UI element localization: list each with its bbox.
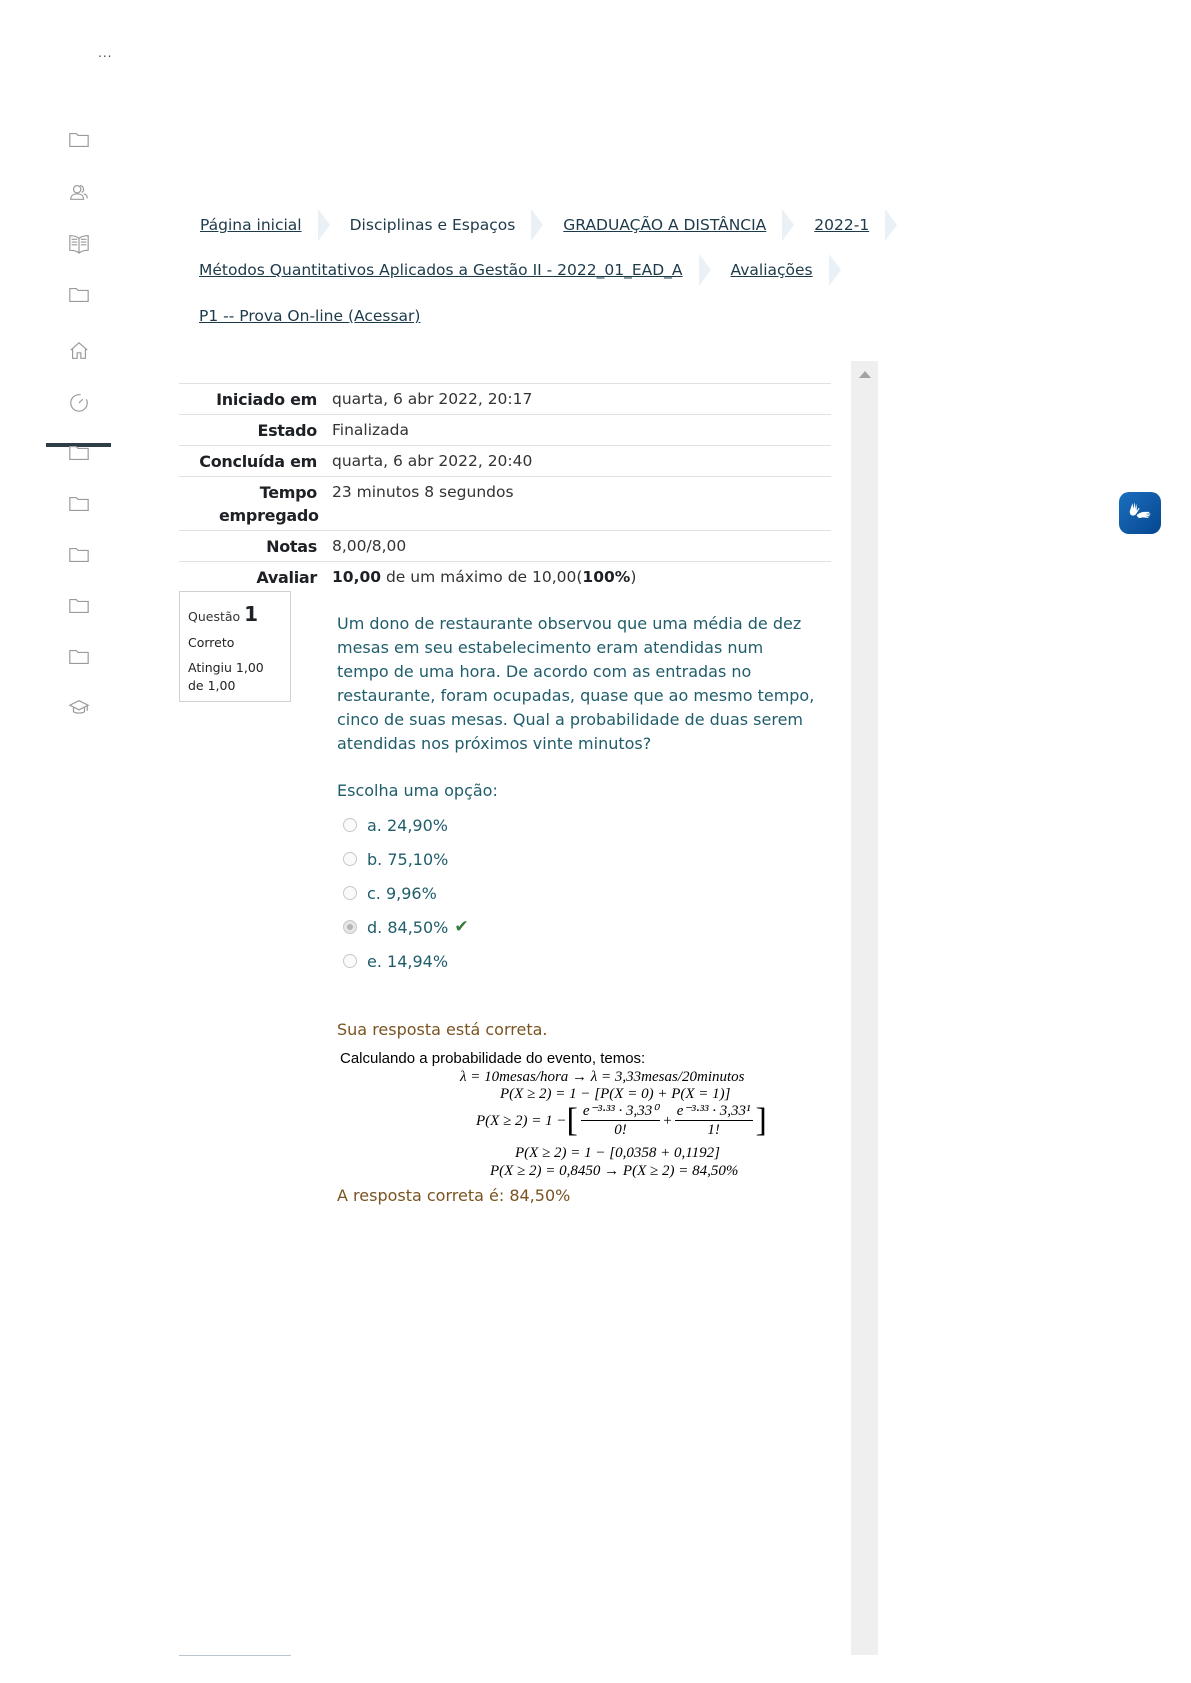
question-info-box: Questão 1 Correto Atingiu 1,00 de 1,00	[179, 591, 291, 702]
option-label: c. 9,96%	[367, 884, 437, 903]
accessibility-button[interactable]	[1119, 492, 1161, 534]
nav-item-folder-7[interactable]	[46, 637, 111, 677]
answer-prompt: Escolha uma opção:	[337, 781, 498, 800]
summary-value: 10,00 de um máximo de 10,00(100%)	[332, 566, 831, 589]
radio-e[interactable]	[343, 954, 357, 968]
nav-item-folder-6[interactable]	[46, 586, 111, 626]
formula-values: P(X ≥ 2) = 1 − [0,0358 + 0,1192]	[515, 1144, 720, 1162]
folder-icon	[68, 284, 90, 306]
formula-poisson: P(X ≥ 2) = 1 − [ e⁻³·³³ · 3,33⁰0! + e⁻³·…	[476, 1102, 767, 1139]
dashboard-icon	[68, 391, 90, 413]
home-icon	[68, 340, 90, 362]
answer-option-b[interactable]: b. 75,10%	[343, 842, 469, 876]
answer-option-a[interactable]: a. 24,90%	[343, 808, 469, 842]
fraction-numerator: e⁻³·³³ · 3,33⁰	[581, 1102, 660, 1121]
answer-options: a. 24,90% b. 75,10% c. 9,96% d. 84,50%✔ …	[343, 808, 469, 978]
general-feedback-explanation: Calculando a probabilidade do evento, te…	[340, 1050, 840, 1067]
nav-item-folder-1[interactable]	[46, 120, 111, 160]
question-state: Correto	[188, 635, 282, 650]
sign-language-hands-icon	[1127, 500, 1153, 526]
attempt-summary-table: Iniciado em quarta, 6 abr 2022, 20:17 Es…	[179, 383, 831, 592]
nav-item-folder-4[interactable]	[46, 484, 111, 524]
breadcrumb-course[interactable]: Métodos Quantitativos Aplicados a Gestão…	[199, 261, 683, 279]
nav-item-folder-3[interactable]	[46, 433, 111, 473]
radio-d[interactable]	[343, 920, 357, 934]
summary-label: Notas	[179, 535, 332, 558]
question-grade: Atingiu 1,00 de 1,00	[188, 659, 282, 695]
question-number-label: Questão	[188, 609, 240, 624]
summary-label: Concluída em	[179, 450, 332, 473]
chevron-right-icon	[885, 209, 899, 241]
chevron-right-icon	[782, 209, 796, 241]
folder-icon	[68, 544, 90, 566]
correct-answer-text: A resposta correta é: 84,50%	[337, 1186, 570, 1205]
folder-icon	[68, 493, 90, 515]
summary-value: 8,00/8,00	[332, 535, 831, 558]
grade-end: )	[630, 568, 636, 586]
breadcrumb-avaliacoes[interactable]: Avaliações	[731, 261, 813, 279]
breadcrumb-2022-1[interactable]: 2022-1	[814, 216, 869, 234]
scrollbar[interactable]	[851, 361, 878, 1655]
nav-item-folder-2[interactable]	[46, 275, 111, 315]
answer-option-c[interactable]: c. 9,96%	[343, 876, 469, 910]
radio-b[interactable]	[343, 852, 357, 866]
nav-item-grades[interactable]	[46, 223, 111, 263]
summary-value: quarta, 6 abr 2022, 20:40	[332, 450, 831, 473]
folder-icon	[68, 129, 90, 151]
summary-row-marks: Notas 8,00/8,00	[179, 530, 831, 561]
question-number: 1	[244, 602, 258, 626]
nav-item-home[interactable]	[46, 331, 111, 371]
summary-label: Tempo empregado	[179, 481, 332, 527]
grade-percent: 100%	[582, 568, 630, 586]
bracket-close: ]	[756, 1104, 767, 1138]
summary-label: Avaliar	[179, 566, 332, 589]
answer-option-e[interactable]: e. 14,94%	[343, 944, 469, 978]
fraction-numerator: e⁻³·³³ · 3,33¹	[675, 1102, 753, 1121]
summary-row-completed: Concluída em quarta, 6 abr 2022, 20:40	[179, 445, 831, 476]
specific-feedback: Sua resposta está correta.	[337, 1020, 548, 1039]
summary-row-state: Estado Finalizada	[179, 414, 831, 445]
summary-label: Iniciado em	[179, 388, 332, 411]
check-icon: ✔	[454, 917, 468, 937]
divider	[179, 1655, 291, 1656]
chevron-right-icon	[531, 209, 545, 241]
summary-value: Finalizada	[332, 419, 831, 442]
breadcrumb-quiz[interactable]: P1 -- Prova On-line (Acessar)	[199, 307, 420, 325]
radio-c[interactable]	[343, 886, 357, 900]
formula-complement: P(X ≥ 2) = 1 − [P(X = 0) + P(X = 1)]	[500, 1085, 730, 1103]
chevron-right-icon	[318, 209, 332, 241]
fraction-denominator: 1!	[707, 1121, 720, 1139]
explanation-intro: Calculando a probabilidade do evento, te…	[340, 1050, 840, 1067]
bracket-open: [	[567, 1104, 578, 1138]
summary-value: 23 minutos 8 segundos	[332, 481, 831, 527]
chevron-right-icon	[699, 254, 713, 286]
answer-option-d[interactable]: d. 84,50%✔	[343, 910, 469, 944]
formula-result: P(X ≥ 2) = 0,8450 → P(X ≥ 2) = 84,50%	[490, 1162, 738, 1180]
nav-item-participants[interactable]	[46, 172, 111, 212]
option-label: d. 84,50%	[367, 918, 448, 937]
nav-item-folder-5[interactable]	[46, 535, 111, 575]
formula-prefix: P(X ≥ 2) = 1 −	[476, 1112, 567, 1130]
user-menu-ellipsis[interactable]: ...	[98, 46, 112, 60]
summary-label: Estado	[179, 419, 332, 442]
grade-middle: de um máximo de 10,00(	[381, 568, 582, 586]
chevron-right-icon	[829, 254, 843, 286]
breadcrumb-disciplinas: Disciplinas e Espaços	[350, 216, 516, 234]
book-icon	[68, 232, 90, 254]
folder-icon	[68, 442, 90, 464]
grade-score: 10,00	[332, 568, 381, 586]
breadcrumb-graduacao[interactable]: GRADUAÇÃO A DISTÂNCIA	[563, 216, 766, 234]
radio-a[interactable]	[343, 818, 357, 832]
formula-lambda: λ = 10mesas/hora → λ = 3,33mesas/20minut…	[460, 1068, 745, 1086]
option-label: e. 14,94%	[367, 952, 448, 971]
summary-row-time-taken: Tempo empregado 23 minutos 8 segundos	[179, 476, 831, 530]
breadcrumb-home[interactable]: Página inicial	[200, 216, 302, 234]
question-text: Um dono de restaurante observou que uma …	[337, 612, 817, 756]
fraction-2: e⁻³·³³ · 3,33¹1!	[675, 1102, 753, 1139]
folder-icon	[68, 595, 90, 617]
summary-value: quarta, 6 abr 2022, 20:17	[332, 388, 831, 411]
folder-icon	[68, 646, 90, 668]
summary-row-grade: Avaliar 10,00 de um máximo de 10,00(100%…	[179, 561, 831, 592]
summary-row-started: Iniciado em quarta, 6 abr 2022, 20:17	[179, 383, 831, 414]
option-label: a. 24,90%	[367, 816, 448, 835]
graduation-cap-icon	[68, 697, 90, 719]
nav-item-dashboard[interactable]	[46, 382, 111, 422]
fraction-denominator: 0!	[614, 1121, 627, 1139]
fraction-1: e⁻³·³³ · 3,33⁰0!	[581, 1102, 660, 1139]
option-label: b. 75,10%	[367, 850, 448, 869]
nav-item-courses[interactable]	[46, 688, 111, 728]
scroll-up-arrow-icon[interactable]	[859, 371, 871, 378]
users-icon	[68, 181, 90, 203]
